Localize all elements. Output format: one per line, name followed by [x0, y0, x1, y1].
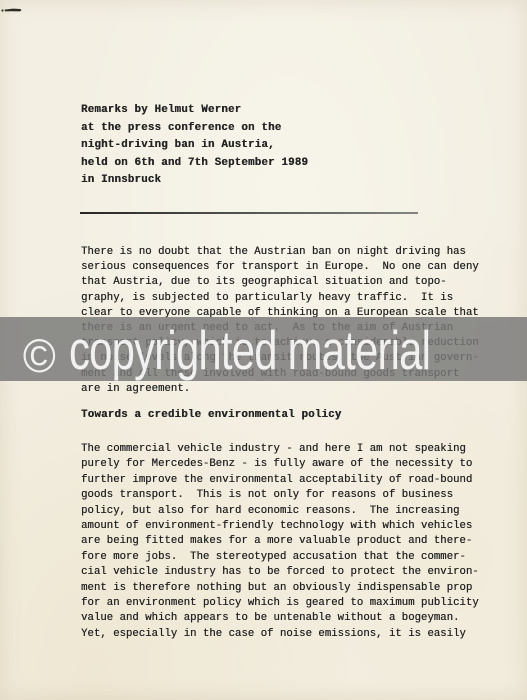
watermark-text: copyrighted material	[69, 323, 430, 378]
scanned-document-page: Remarks by Helmut Werner at the press co…	[0, 0, 527, 700]
header-divider-line	[80, 212, 418, 214]
paragraph-environmental-policy: The commercial vehicle industry - and he…	[81, 442, 479, 642]
copyright-icon: ©	[23, 332, 56, 379]
scan-artifact-mark	[1, 2, 27, 12]
copyright-watermark: © copyrighted material	[22, 323, 527, 378]
document-title-block: Remarks by Helmut Werner at the press co…	[81, 102, 308, 190]
copyright-watermark-band: © copyrighted material	[0, 317, 527, 381]
section-heading: Towards a credible environmental policy	[81, 409, 342, 421]
